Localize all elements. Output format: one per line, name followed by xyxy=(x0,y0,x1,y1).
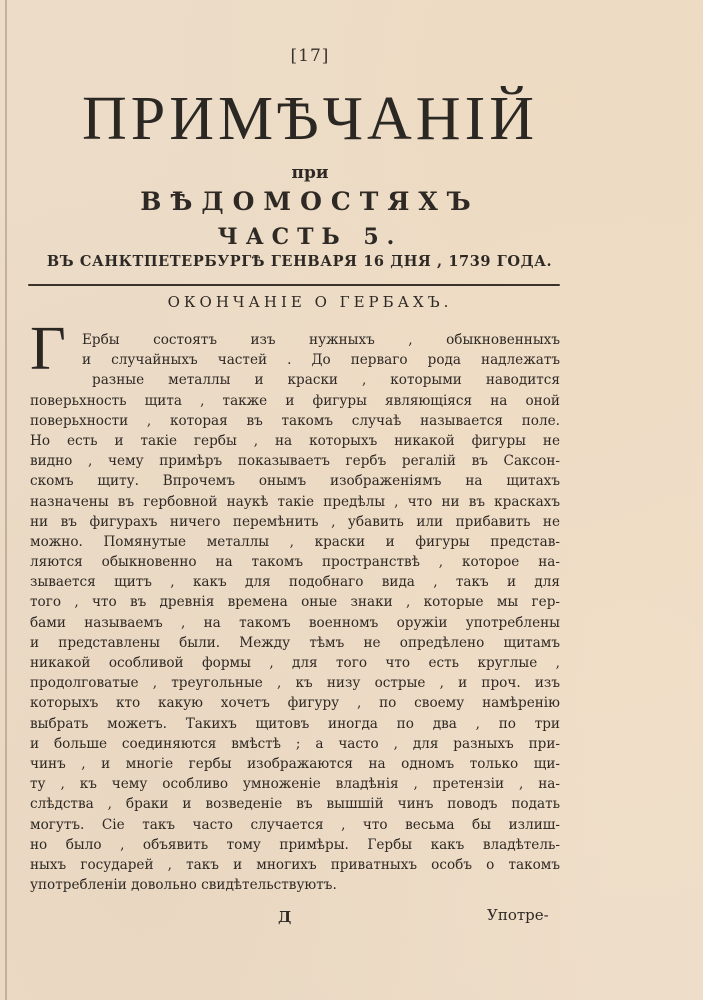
body-line: бами называемъ , на такомъ военномъ оруж… xyxy=(30,613,560,633)
date-line: ВЪ САНКТПЕТЕРБУРГѢ ГЕНВАРЯ 16 ДНЯ , 1739… xyxy=(32,253,567,270)
body-line: зывается щитъ , какъ для подобнаго вида … xyxy=(30,572,560,592)
catchword: Употре- xyxy=(487,906,549,924)
body-line: скомъ щиту. Впрочемъ онымъ изображеніямъ… xyxy=(30,471,560,491)
body-line: слѣдства , браки и возведеніе въ вышшій … xyxy=(30,794,560,814)
body-line: Ербы состоятъ изъ нужныхъ , обыкновенных… xyxy=(30,330,560,350)
body-line: ныхъ государей , такъ и многихъ приватны… xyxy=(30,855,560,875)
signature-mark: Д xyxy=(278,908,291,926)
body-line: выбрать можетъ. Такихъ щитовъ иногда по … xyxy=(30,714,560,734)
body-line: и случайныхъ частей . До перваго рода на… xyxy=(30,350,560,370)
document-page: [17] ПРИМѢЧАНІЙ при ВѢДОМОСТЯХЪ ЧАСТЬ 5.… xyxy=(0,0,703,1000)
body-line: чинъ , и многіе гербы изображаются на од… xyxy=(30,754,560,774)
body-line: употребленіи довольно свидѣтельствуютъ. xyxy=(30,875,560,895)
subtitle-publication: ВѢДОМОСТЯХЪ xyxy=(0,187,620,216)
body-line: продолговатые , треугольные , къ низу ос… xyxy=(30,673,560,693)
body-line: видно , чему примѣръ показываетъ гербъ р… xyxy=(30,451,560,471)
body-line: никакой особливой формы , для того что е… xyxy=(30,653,560,673)
page-number: [17] xyxy=(0,46,620,66)
body-line: того , что въ древнія времена оные знаки… xyxy=(30,592,560,612)
body-line: и представлены были. Между тѣмъ не опред… xyxy=(30,633,560,653)
body-text: Ербы состоятъ изъ нужныхъ , обыкновенных… xyxy=(30,330,560,895)
body-line: ни въ фигурахъ ничего перемѣнить , убави… xyxy=(30,512,560,532)
body-line: разные металлы и краски , которыми навод… xyxy=(30,370,560,390)
part-number: ЧАСТЬ 5. xyxy=(0,224,620,250)
body-line: ляются обыкновенно на такомъ пространств… xyxy=(30,552,560,572)
header-rule xyxy=(28,284,560,286)
section-title: ОКОНЧАНІЕ О ГЕРБАХЪ. xyxy=(0,293,620,311)
body-line: Но есть и такіе гербы , на которыхъ ника… xyxy=(30,431,560,451)
body-line: могутъ. Сіе такъ часто случается , что в… xyxy=(30,815,560,835)
body-line: и больше соединяются вмѣстѣ ; а часто , … xyxy=(30,734,560,754)
body-line: можно. Помянутые металлы , краски и фигу… xyxy=(30,532,560,552)
page-title: ПРИМѢЧАНІЙ xyxy=(0,88,620,150)
body-line: назначены въ гербовной наукѣ такіе предѣ… xyxy=(30,492,560,512)
binding-edge-line xyxy=(5,0,7,1000)
body-line: ту , къ чему особливо умноженіе владѣнія… xyxy=(30,774,560,794)
body-line: но было , объявить тому примѣры. Гербы к… xyxy=(30,835,560,855)
body-line: поверьхности , которая въ такомъ случаѣ … xyxy=(30,411,560,431)
subtitle-preposition: при xyxy=(0,163,620,183)
body-line: поверьхность щита , также и фигуры являю… xyxy=(30,391,560,411)
body-line: которыхъ кто какую хочетъ фигуру , по св… xyxy=(30,693,560,713)
